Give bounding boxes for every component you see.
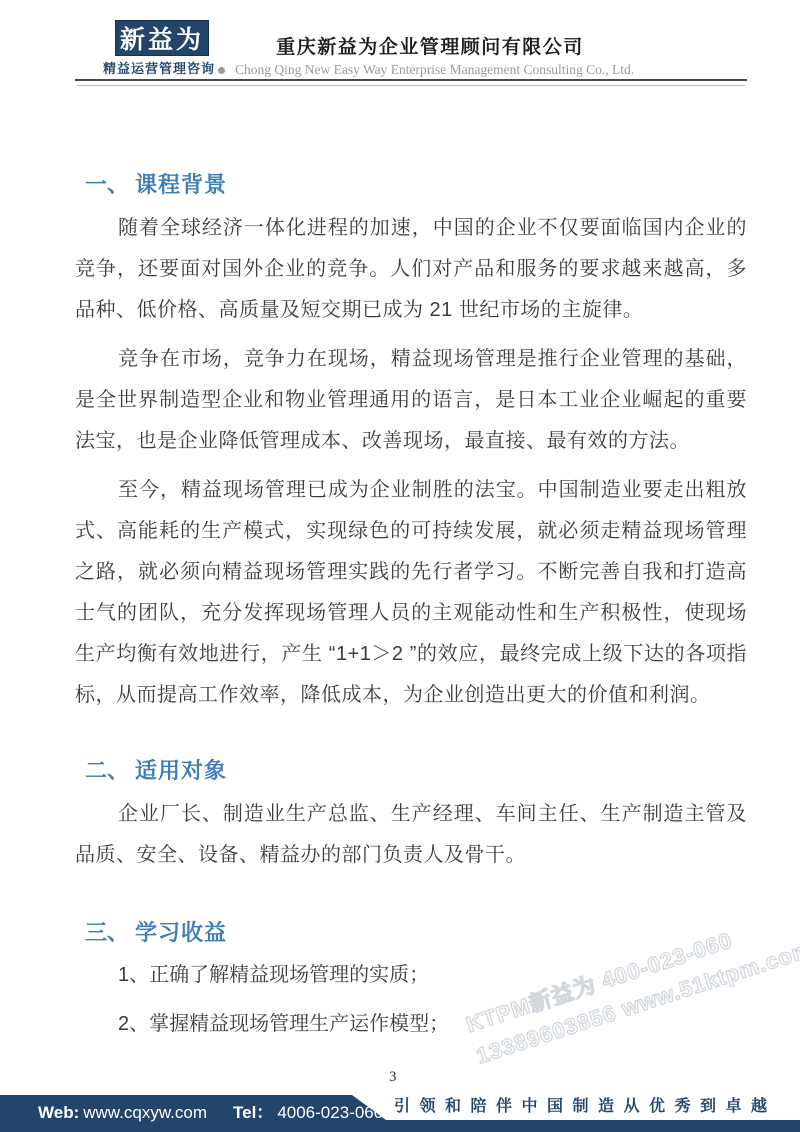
section-number: 二、: [75, 756, 135, 786]
section-title: 适用对象: [135, 756, 227, 786]
paragraph: 竞争在市场，竞争力在现场，精益现场管理是推行企业管理的基础，是全世界制造型企业和…: [75, 339, 747, 462]
paragraph: 企业厂长、制造业生产总监、生产经理、车间主任、生产制造主管及品质、安全、设备、精…: [75, 794, 747, 876]
list-item: 2、掌握精益现场管理生产运作模型；: [75, 1003, 747, 1046]
section-number: 一、: [75, 170, 135, 200]
logo-tagline: 精益运营管理咨询: [103, 58, 228, 77]
header-divider: [75, 79, 747, 84]
section-title: 学习收益: [135, 918, 227, 948]
section-target-audience: 二、 适用对象 企业厂长、制造业生产总监、生产经理、车间主任、生产制造主管及品质…: [75, 756, 747, 876]
document-content: 一、 课程背景 随着全球经济一体化进程的加速，中国的企业不仅要面临国内企业的竞争…: [75, 170, 747, 1046]
logo-tagline-text: 精益运营管理咨询: [103, 58, 215, 77]
tel-number: 4006-023-060: [277, 1103, 383, 1122]
web-label: Web:: [38, 1103, 79, 1122]
logo-mark: 新益为: [115, 20, 209, 56]
section-heading: 一、 课程背景: [75, 170, 747, 200]
page-number: 3: [389, 1069, 397, 1086]
section-course-background: 一、 课程背景 随着全球经济一体化进程的加速，中国的企业不仅要面临国内企业的竞争…: [75, 170, 747, 716]
section-heading: 三、 学习收益: [75, 918, 747, 948]
paragraph: 随着全球经济一体化进程的加速，中国的企业不仅要面临国内企业的竞争，还要面对国外企…: [75, 208, 747, 331]
tel-label: Tel：: [233, 1103, 273, 1122]
logo-text: 新益为: [120, 20, 204, 56]
company-name-block: 重庆新益为企业管理顾问有限公司 Chong Qing New Easy Way …: [235, 32, 625, 78]
list-item: 1、正确了解精益现场管理的实质；: [75, 954, 747, 997]
company-name-en: Chong Qing New Easy Way Enterprise Manag…: [235, 62, 625, 78]
paragraph: 至今，精益现场管理已成为企业制胜的法宝。中国制造业要走出粗放式、高能耗的生产模式…: [75, 470, 747, 716]
company-logo: 新益为 精益运营管理咨询: [103, 20, 228, 77]
section-title: 课程背景: [135, 170, 227, 200]
footer-slogan: 引领和陪伴中国制造从优秀到卓越: [394, 1093, 777, 1116]
footer-contact: Web:www.cqxyw.comTel：4006-023-060: [38, 1098, 383, 1123]
web-url: www.cqxyw.com: [83, 1103, 207, 1122]
company-name-cn: 重庆新益为企业管理顾问有限公司: [235, 32, 625, 59]
section-number: 三、: [75, 918, 135, 948]
section-learning-benefits: 三、 学习收益 1、正确了解精益现场管理的实质； 2、掌握精益现场管理生产运作模…: [75, 918, 747, 1046]
logo-dot-icon: [218, 67, 225, 74]
document-page: 新益为 精益运营管理咨询 重庆新益为企业管理顾问有限公司 Chong Qing …: [0, 0, 800, 1132]
section-heading: 二、 适用对象: [75, 756, 747, 786]
